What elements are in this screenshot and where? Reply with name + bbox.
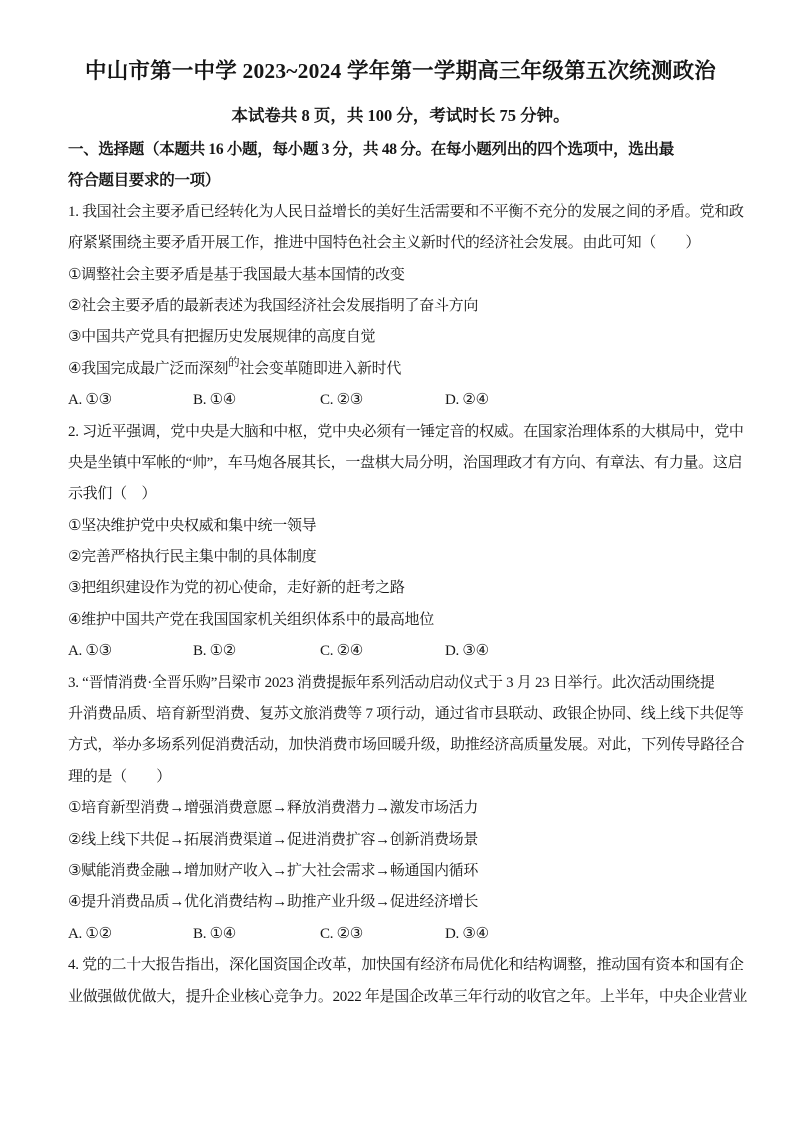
question-3-statement-line: ④提升消费品质→优化消费结构→助推产业升级→促进经济增长 <box>68 887 733 918</box>
question-3-stem-line: 升消费品质、培育新型消费、复苏文旅消费等 7 项行动，通过省市县联动、政银企协同… <box>68 699 733 730</box>
question-3-statement-line: ②线上线下共促→拓展消费渠道→促进消费扩容→创新消费场景 <box>68 825 733 856</box>
choice-item: C. ②③ <box>320 385 445 416</box>
choice-item: B. ①④ <box>193 385 320 416</box>
question-2-statement-line: ③把组织建设作为党的初心使命，走好新的赶考之路 <box>68 573 733 604</box>
question-2-statement-line: ①坚决维护党中央权威和集中统一领导 <box>68 511 733 542</box>
question-1-statement-line: ②社会主要矛盾的最新表述为我国经济社会发展指明了奋斗方向 <box>68 291 733 322</box>
section-heading-line: 一、选择题（本题共 16 小题，每小题 3 分，共 48 分。在每小题列出的四个… <box>68 134 733 165</box>
superscript-char: 的 <box>228 357 239 369</box>
question-2-stem-line: 央是坐镇中军帐的“帅”，车马炮各展其长，一盘棋大局分明，治国理政才有方向、有章法… <box>68 448 733 479</box>
section-heading: 一、选择题（本题共 16 小题，每小题 3 分，共 48 分。在每小题列出的四个… <box>68 134 733 197</box>
choice-item: A. ①③ <box>68 636 193 667</box>
question-1-stem-line: 府紧紧围绕主要矛盾开展工作，推进中国特色社会主义新时代的经济社会发展。由此可知（… <box>68 228 733 259</box>
question-1-statement-line: ③中国共产党具有把握历史发展规律的高度自觉 <box>68 322 733 353</box>
question-2-stem-line: 2. 习近平强调，党中央是大脑和中枢，党中央必须有一锤定音的权威。在国家治理体系… <box>68 417 733 448</box>
question-1-statement-line: ④我国完成最广泛而深刻的社会变革随即进入新时代 <box>68 354 733 385</box>
question-1-statement-line: ①调整社会主要矛盾是基于我国最大基本国情的改变 <box>68 260 733 291</box>
choice-item: A. ①③ <box>68 385 193 416</box>
choice-item: D. ②④ <box>445 385 733 416</box>
exam-content: 一、选择题（本题共 16 小题，每小题 3 分，共 48 分。在每小题列出的四个… <box>68 134 733 1013</box>
question-3-stem-line: 理的是（ ） <box>68 762 733 793</box>
question-2-statement-line: ②完善严格执行民主集中制的具体制度 <box>68 542 733 573</box>
question-3-statement-line: ①培育新型消费→增强消费意愿→释放消费潜力→激发市场活力 <box>68 793 733 824</box>
question-3-stem-line: 方式，举办多场系列促消费活动，加快消费市场回暖升级，助推经济高质量发展。对此，下… <box>68 730 733 761</box>
question-2-statement-line: ④维护中国共产党在我国国家机关组织体系中的最高地位 <box>68 605 733 636</box>
question-3-choices-row: A. ①②B. ①④C. ②③D. ③④ <box>68 919 733 950</box>
question-1-stem-line: 1. 我国社会主要矛盾已经转化为人民日益增长的美好生活需要和不平衡不充分的发展之… <box>68 197 733 228</box>
question-4-stem-line: 业做强做优做大，提升企业核心竞争力。2022 年是国企改革三年行动的收官之年。上… <box>68 982 733 1013</box>
choice-item: B. ①④ <box>193 919 320 950</box>
question-3-statement-line: ③赋能消费金融→增加财产收入→扩大社会需求→畅通国内循环 <box>68 856 733 887</box>
question-3-stem-line: 3. “晋情消费·全晋乐购”吕梁市 2023 消费提振年系列活动启动仪式于 3 … <box>68 668 733 699</box>
question-1-choices-row: A. ①③B. ①④C. ②③D. ②④ <box>68 385 733 416</box>
choice-item: A. ①② <box>68 919 193 950</box>
section-heading-line: 符合题目要求的一项） <box>68 165 733 196</box>
exam-info: 本试卷共 8 页，共 100 分，考试时长 75 分钟。 <box>68 104 733 128</box>
choice-item: C. ②③ <box>320 919 445 950</box>
exam-page: 中山市第一中学 2023~2024 学年第一学期高三年级第五次统测政治 本试卷共… <box>0 0 793 1122</box>
exam-title: 中山市第一中学 2023~2024 学年第一学期高三年级第五次统测政治 <box>68 56 733 86</box>
choice-item: C. ②④ <box>320 636 445 667</box>
choice-item: D. ③④ <box>445 919 733 950</box>
choice-item: D. ③④ <box>445 636 733 667</box>
question-2-choices-row: A. ①③B. ①②C. ②④D. ③④ <box>68 636 733 667</box>
choice-item: B. ①② <box>193 636 320 667</box>
question-4-stem-line: 4. 党的二十大报告指出，深化国资国企改革，加快国有经济布局优化和结构调整，推动… <box>68 950 733 981</box>
question-2-stem-line: 示我们（ ） <box>68 479 733 510</box>
questions: 1. 我国社会主要矛盾已经转化为人民日益增长的美好生活需要和不平衡不充分的发展之… <box>68 197 733 1013</box>
